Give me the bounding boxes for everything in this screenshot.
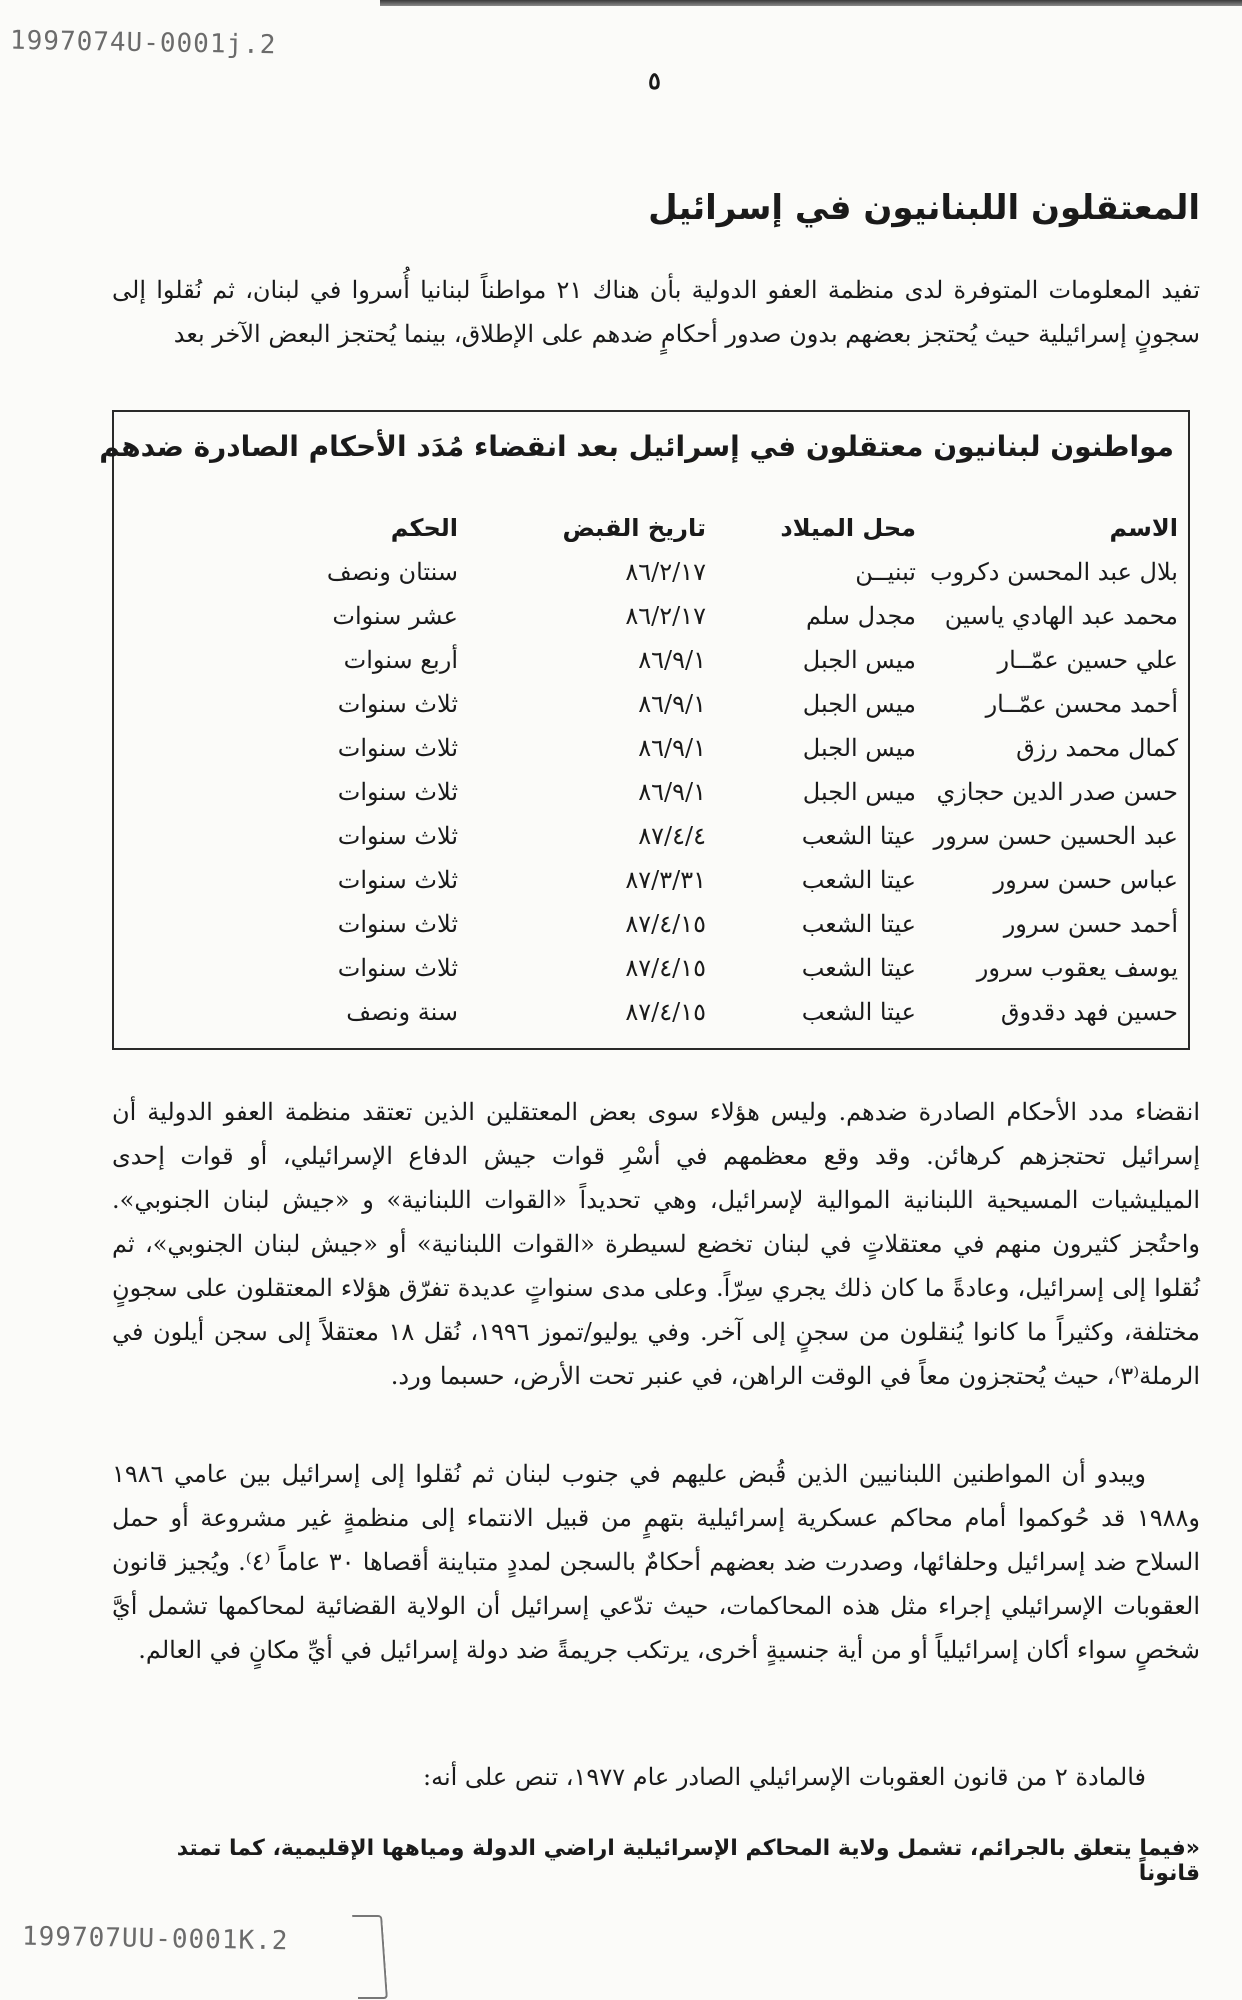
cell-arrest-date: ٨٧/٤/١٥ bbox=[458, 990, 706, 1034]
section-title: المعتقلون اللبنانيون في إسرائيل bbox=[648, 188, 1200, 228]
cell-birthplace: ميس الجبل bbox=[706, 638, 916, 682]
cell-birthplace: عيتا الشعب bbox=[706, 814, 916, 858]
header-sentence: الحكم bbox=[190, 504, 458, 550]
cell-birthplace: عيتا الشعب bbox=[706, 858, 916, 902]
cell-birthplace: عيتا الشعب bbox=[706, 990, 916, 1034]
cell-arrest-date: ٨٦/٩/١ bbox=[458, 770, 706, 814]
table-row: علي حسين عمّــار ميس الجبل ٨٦/٩/١ أربع س… bbox=[190, 638, 1178, 682]
cell-birthplace: ميس الجبل bbox=[706, 726, 916, 770]
cell-arrest-date: ٨٦/٢/١٧ bbox=[458, 594, 706, 638]
cell-birthplace: مجدل سلم bbox=[706, 594, 916, 638]
cell-name: علي حسين عمّــار bbox=[916, 638, 1178, 682]
cell-name: عبد الحسين حسن سرور bbox=[916, 814, 1178, 858]
cell-sentence: ثلاث سنوات bbox=[190, 946, 458, 990]
paragraph-intro: تفيد المعلومات المتوفرة لدى منظمة العفو … bbox=[112, 268, 1200, 356]
law-quote: «فيما يتعلق بالجرائم، تشمل ولاية المحاكم… bbox=[160, 1836, 1200, 1886]
detainees-table: الاسم محل الميلاد تاريخ القبض الحكم بلال… bbox=[190, 504, 1178, 1034]
cell-name: أحمد حسن سرور bbox=[916, 902, 1178, 946]
cell-name: حسين فهد دقدوق bbox=[916, 990, 1178, 1034]
table-header-row: الاسم محل الميلاد تاريخ القبض الحكم bbox=[190, 504, 1178, 550]
detainees-table-box: مواطنون لبنانيون معتقلون في إسرائيل بعد … bbox=[112, 410, 1190, 1050]
cell-sentence: ثلاث سنوات bbox=[190, 726, 458, 770]
cell-arrest-date: ٨٦/٩/١ bbox=[458, 682, 706, 726]
cell-arrest-date: ٨٦/٩/١ bbox=[458, 638, 706, 682]
cell-birthplace: ميس الجبل bbox=[706, 682, 916, 726]
cell-name: أحمد محسن عمّــار bbox=[916, 682, 1178, 726]
cell-sentence: أربع سنوات bbox=[190, 638, 458, 682]
table-row: بلال عبد المحسن دكروب تبنيــن ٨٦/٢/١٧ سن… bbox=[190, 550, 1178, 594]
page-number: ٥ bbox=[648, 66, 661, 95]
handwritten-code-top: 1997074U-0001j.2 bbox=[10, 26, 277, 61]
header-arrest-date: تاريخ القبض bbox=[458, 504, 706, 550]
table-row: أحمد محسن عمّــار ميس الجبل ٨٦/٩/١ ثلاث … bbox=[190, 682, 1178, 726]
handwritten-bracket bbox=[352, 1915, 388, 1999]
cell-sentence: ثلاث سنوات bbox=[190, 814, 458, 858]
paragraph-military-trials: ويبدو أن المواطنين اللبنانيين الذين قُبض… bbox=[112, 1452, 1200, 1672]
cell-sentence: ثلاث سنوات bbox=[190, 858, 458, 902]
cell-birthplace: ميس الجبل bbox=[706, 770, 916, 814]
cell-birthplace: عيتا الشعب bbox=[706, 946, 916, 990]
cell-birthplace: تبنيــن bbox=[706, 550, 916, 594]
cell-sentence: ثلاث سنوات bbox=[190, 902, 458, 946]
paragraph-article-2: فالمادة ٢ من قانون العقوبات الإسرائيلي ا… bbox=[112, 1755, 1200, 1799]
cell-name: عباس حسن سرور bbox=[916, 858, 1178, 902]
handwritten-code-bottom: 199707UU-0001K.2 bbox=[22, 1922, 289, 1957]
table-row: يوسف يعقوب سرور عيتا الشعب ٨٧/٤/١٥ ثلاث … bbox=[190, 946, 1178, 990]
header-name: الاسم bbox=[916, 504, 1178, 550]
table-row: حسين فهد دقدوق عيتا الشعب ٨٧/٤/١٥ سنة ون… bbox=[190, 990, 1178, 1034]
table-row: عباس حسن سرور عيتا الشعب ٨٧/٣/٣١ ثلاث سن… bbox=[190, 858, 1178, 902]
cell-sentence: عشر سنوات bbox=[190, 594, 458, 638]
cell-birthplace: عيتا الشعب bbox=[706, 902, 916, 946]
cell-name: بلال عبد المحسن دكروب bbox=[916, 550, 1178, 594]
table-row: أحمد حسن سرور عيتا الشعب ٨٧/٤/١٥ ثلاث سن… bbox=[190, 902, 1178, 946]
cell-arrest-date: ٨٦/٢/١٧ bbox=[458, 550, 706, 594]
paragraph-detainees-hostages: انقضاء مدد الأحكام الصادرة ضدهم. وليس هؤ… bbox=[112, 1090, 1200, 1398]
cell-sentence: ثلاث سنوات bbox=[190, 770, 458, 814]
cell-name: حسن صدر الدين حجازي bbox=[916, 770, 1178, 814]
table-title: مواطنون لبنانيون معتقلون في إسرائيل بعد … bbox=[114, 412, 1188, 463]
scan-edge-shadow bbox=[380, 0, 1242, 6]
table-row: حسن صدر الدين حجازي ميس الجبل ٨٦/٩/١ ثلا… bbox=[190, 770, 1178, 814]
cell-sentence: ثلاث سنوات bbox=[190, 682, 458, 726]
cell-sentence: سنتان ونصف bbox=[190, 550, 458, 594]
cell-arrest-date: ٨٧/٤/١٥ bbox=[458, 902, 706, 946]
table-row: محمد عبد الهادي ياسين مجدل سلم ٨٦/٢/١٧ ع… bbox=[190, 594, 1178, 638]
cell-name: يوسف يعقوب سرور bbox=[916, 946, 1178, 990]
table-row: كمال محمد رزق ميس الجبل ٨٦/٩/١ ثلاث سنوا… bbox=[190, 726, 1178, 770]
cell-arrest-date: ٨٦/٩/١ bbox=[458, 726, 706, 770]
table-row: عبد الحسين حسن سرور عيتا الشعب ٨٧/٤/٤ ثل… bbox=[190, 814, 1178, 858]
cell-arrest-date: ٨٧/٣/٣١ bbox=[458, 858, 706, 902]
cell-name: كمال محمد رزق bbox=[916, 726, 1178, 770]
cell-arrest-date: ٨٧/٤/١٥ bbox=[458, 946, 706, 990]
header-birthplace: محل الميلاد bbox=[706, 504, 916, 550]
cell-sentence: سنة ونصف bbox=[190, 990, 458, 1034]
cell-name: محمد عبد الهادي ياسين bbox=[916, 594, 1178, 638]
cell-arrest-date: ٨٧/٤/٤ bbox=[458, 814, 706, 858]
